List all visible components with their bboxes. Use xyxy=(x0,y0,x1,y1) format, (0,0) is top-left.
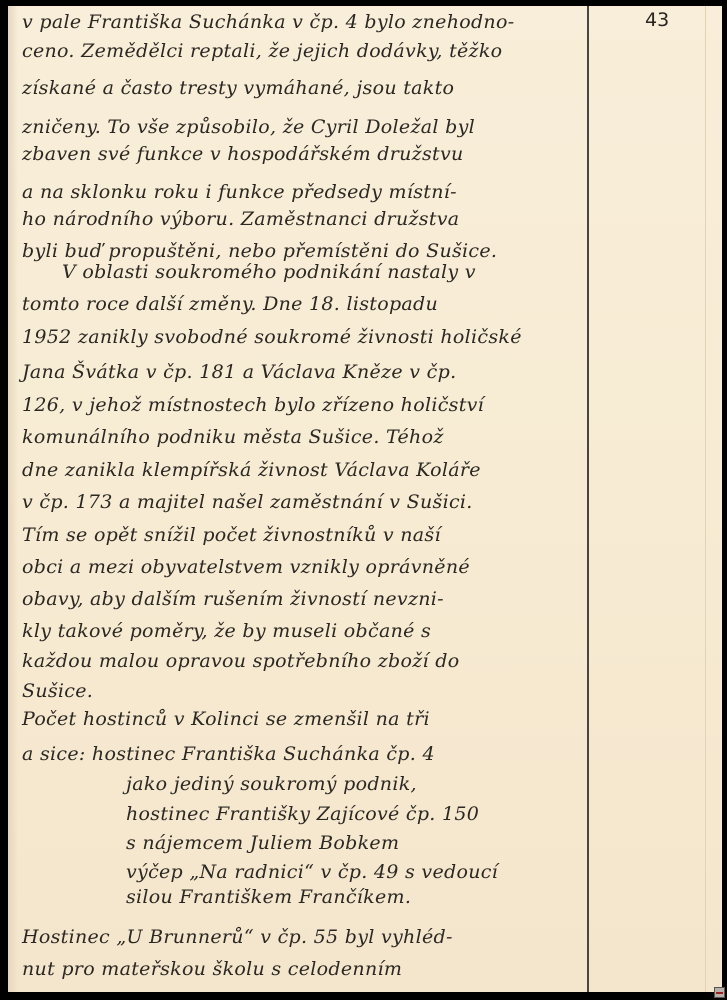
text-line: 126, v jehož místnostech bylo zřízeno ho… xyxy=(22,394,484,416)
paragraph-start-line: V oblasti soukromého podnikání nastaly v xyxy=(62,261,476,283)
text-line: Tím se opět snížil počet živnostníků v n… xyxy=(22,524,441,546)
indented-list-line: silou Františkem Frančíkem. xyxy=(126,886,411,908)
text-line: Počet hostinců v Kolinci se zmenšil na t… xyxy=(22,708,430,730)
indented-list-line: s nájemcem Juliem Bobkem xyxy=(126,832,399,854)
page-number: 43 xyxy=(645,9,669,31)
text-line: Sušice. xyxy=(22,680,93,702)
indented-list-line: výčep „Na radnici“ v čp. 49 s vedoucí xyxy=(126,861,498,883)
text-line: Jana Švátka v čp. 181 a Václava Kněze v … xyxy=(22,361,456,383)
text-line: a sice: hostinec Františka Suchánka čp. … xyxy=(22,743,435,765)
text-line: obci a mezi obyvatelstvem vznikly oprávn… xyxy=(22,556,470,578)
margin-rule xyxy=(587,6,589,992)
text-line: každou malou opravou spotřebního zboží d… xyxy=(22,650,459,672)
text-line: Hostinec „U Brunnerů“ v čp. 55 byl vyhlé… xyxy=(22,926,453,948)
text-line: komunálního podniku města Sušice. Téhož xyxy=(22,426,444,448)
text-line: kly takové poměry, že by museli občané s xyxy=(22,620,431,642)
text-line: v čp. 173 a majitel našel zaměstnání v S… xyxy=(22,491,473,513)
text-line: nut pro mateřskou školu s celodenním xyxy=(22,958,402,980)
text-line: tomto roce další změny. Dne 18. listopad… xyxy=(22,293,438,315)
text-line: 1952 zanikly svobodné soukromé živnosti … xyxy=(22,326,522,348)
text-line: zničeny. To vše způsobilo, že Cyril Dole… xyxy=(22,116,475,138)
text-line: byli buď propuštěni, nebo přemístěni do … xyxy=(22,240,497,262)
indented-list-line: jako jediný soukromý podnik, xyxy=(126,773,417,795)
text-line: zbaven své funkce v hospodářském družstv… xyxy=(22,143,464,165)
viewer-corner-icon xyxy=(714,987,725,998)
text-line: ceno. Zemědělci reptali, že jejich dodáv… xyxy=(22,40,502,62)
text-line: obavy, aby dalším rušením živností nevzn… xyxy=(22,588,444,610)
text-line: dne zanikla klempířská živnost Václava K… xyxy=(22,459,481,481)
text-line: v pale Františka Suchánka v čp. 4 bylo z… xyxy=(22,11,514,33)
text-line: získané a často tresty vymáhané, jsou ta… xyxy=(22,77,454,99)
text-line: ho národního výboru. Zaměstnanci družstv… xyxy=(22,208,459,230)
indented-list-line: hostinec Františky Zajícové čp. 150 xyxy=(126,803,479,825)
page-edge-line xyxy=(705,6,706,992)
chronicle-page: 43 v pale Františka Suchánka v čp. 4 byl… xyxy=(8,6,722,992)
text-line: a na sklonku roku i funkce předsedy míst… xyxy=(22,181,457,203)
handwritten-text-block: v pale Františka Suchánka v čp. 4 bylo z… xyxy=(8,6,587,992)
